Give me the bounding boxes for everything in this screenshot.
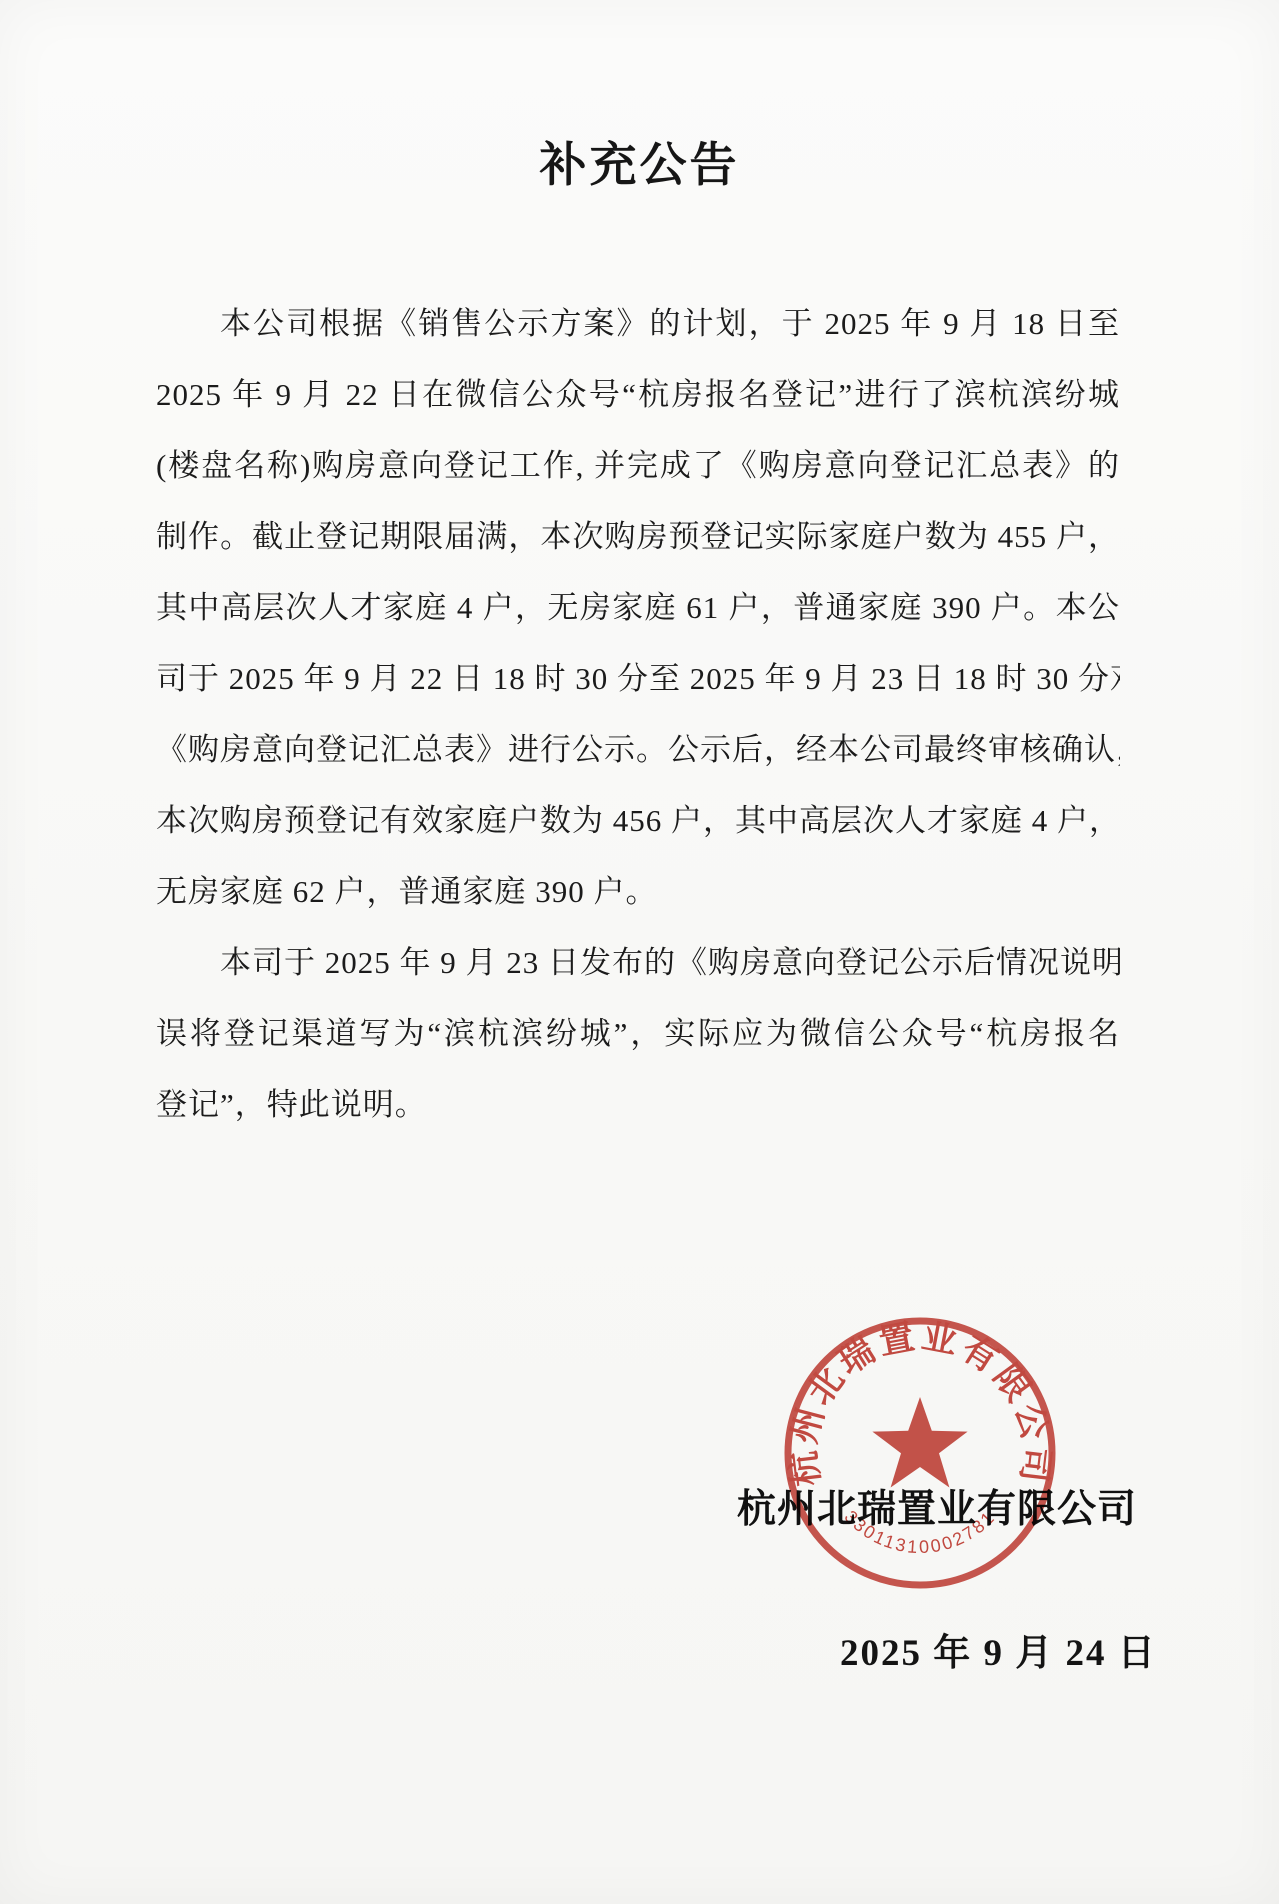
body-line: 本次购房预登记有效家庭户数为 456 户，其中高层次人才家庭 4 户，: [156, 785, 1120, 856]
body-line: 制作。截止登记期限届满，本次购房预登记实际家庭户数为 455 户，: [156, 501, 1120, 572]
seal-star-icon: [872, 1397, 967, 1488]
signature-date: 2025 年 9 月 24 日: [840, 1622, 1157, 1676]
body-line: 误将登记渠道写为“滨杭滨纷城”，实际应为微信公众号“杭房报名: [156, 998, 1120, 1069]
body-line: 司于 2025 年 9 月 22 日 18 时 30 分至 2025 年 9 月…: [156, 643, 1120, 714]
seal-number-holder: 33011310002781: [841, 1507, 1000, 1558]
body-line: 其中高层次人才家庭 4 户，无房家庭 61 户，普通家庭 390 户。本公: [156, 572, 1120, 643]
body-line: (楼盘名称)购房意向登记工作, 并完成了《购房意向登记汇总表》的: [156, 430, 1120, 501]
body-line: 《购房意向登记汇总表》进行公示。公示后，经本公司最终审核确认，: [156, 714, 1120, 785]
company-seal: 杭州北瑞置业有限公司 33011310002781: [778, 1311, 1062, 1595]
seal-number: 33011310002781: [841, 1507, 1000, 1558]
body-line: 本公司根据《销售公示方案》的计划，于 2025 年 9 月 18 日至: [156, 288, 1120, 359]
company-seal-graphic: 杭州北瑞置业有限公司 33011310002781: [778, 1311, 1062, 1595]
document-body: 本公司根据《销售公示方案》的计划，于 2025 年 9 月 18 日至 2025…: [156, 288, 1120, 1140]
body-line: 登记”，特此说明。: [156, 1069, 1120, 1140]
body-line: 2025 年 9 月 22 日在微信公众号“杭房报名登记”进行了滨杭滨纷城: [156, 359, 1120, 430]
body-line: 无房家庭 62 户，普通家庭 390 户。: [156, 856, 1120, 927]
page-title: 补充公告: [0, 128, 1279, 195]
announcement-page: 补充公告 本公司根据《销售公示方案》的计划，于 2025 年 9 月 18 日至…: [0, 0, 1279, 1904]
body-line: 本司于 2025 年 9 月 23 日发布的《购房意向登记公示后情况说明》: [156, 927, 1120, 998]
